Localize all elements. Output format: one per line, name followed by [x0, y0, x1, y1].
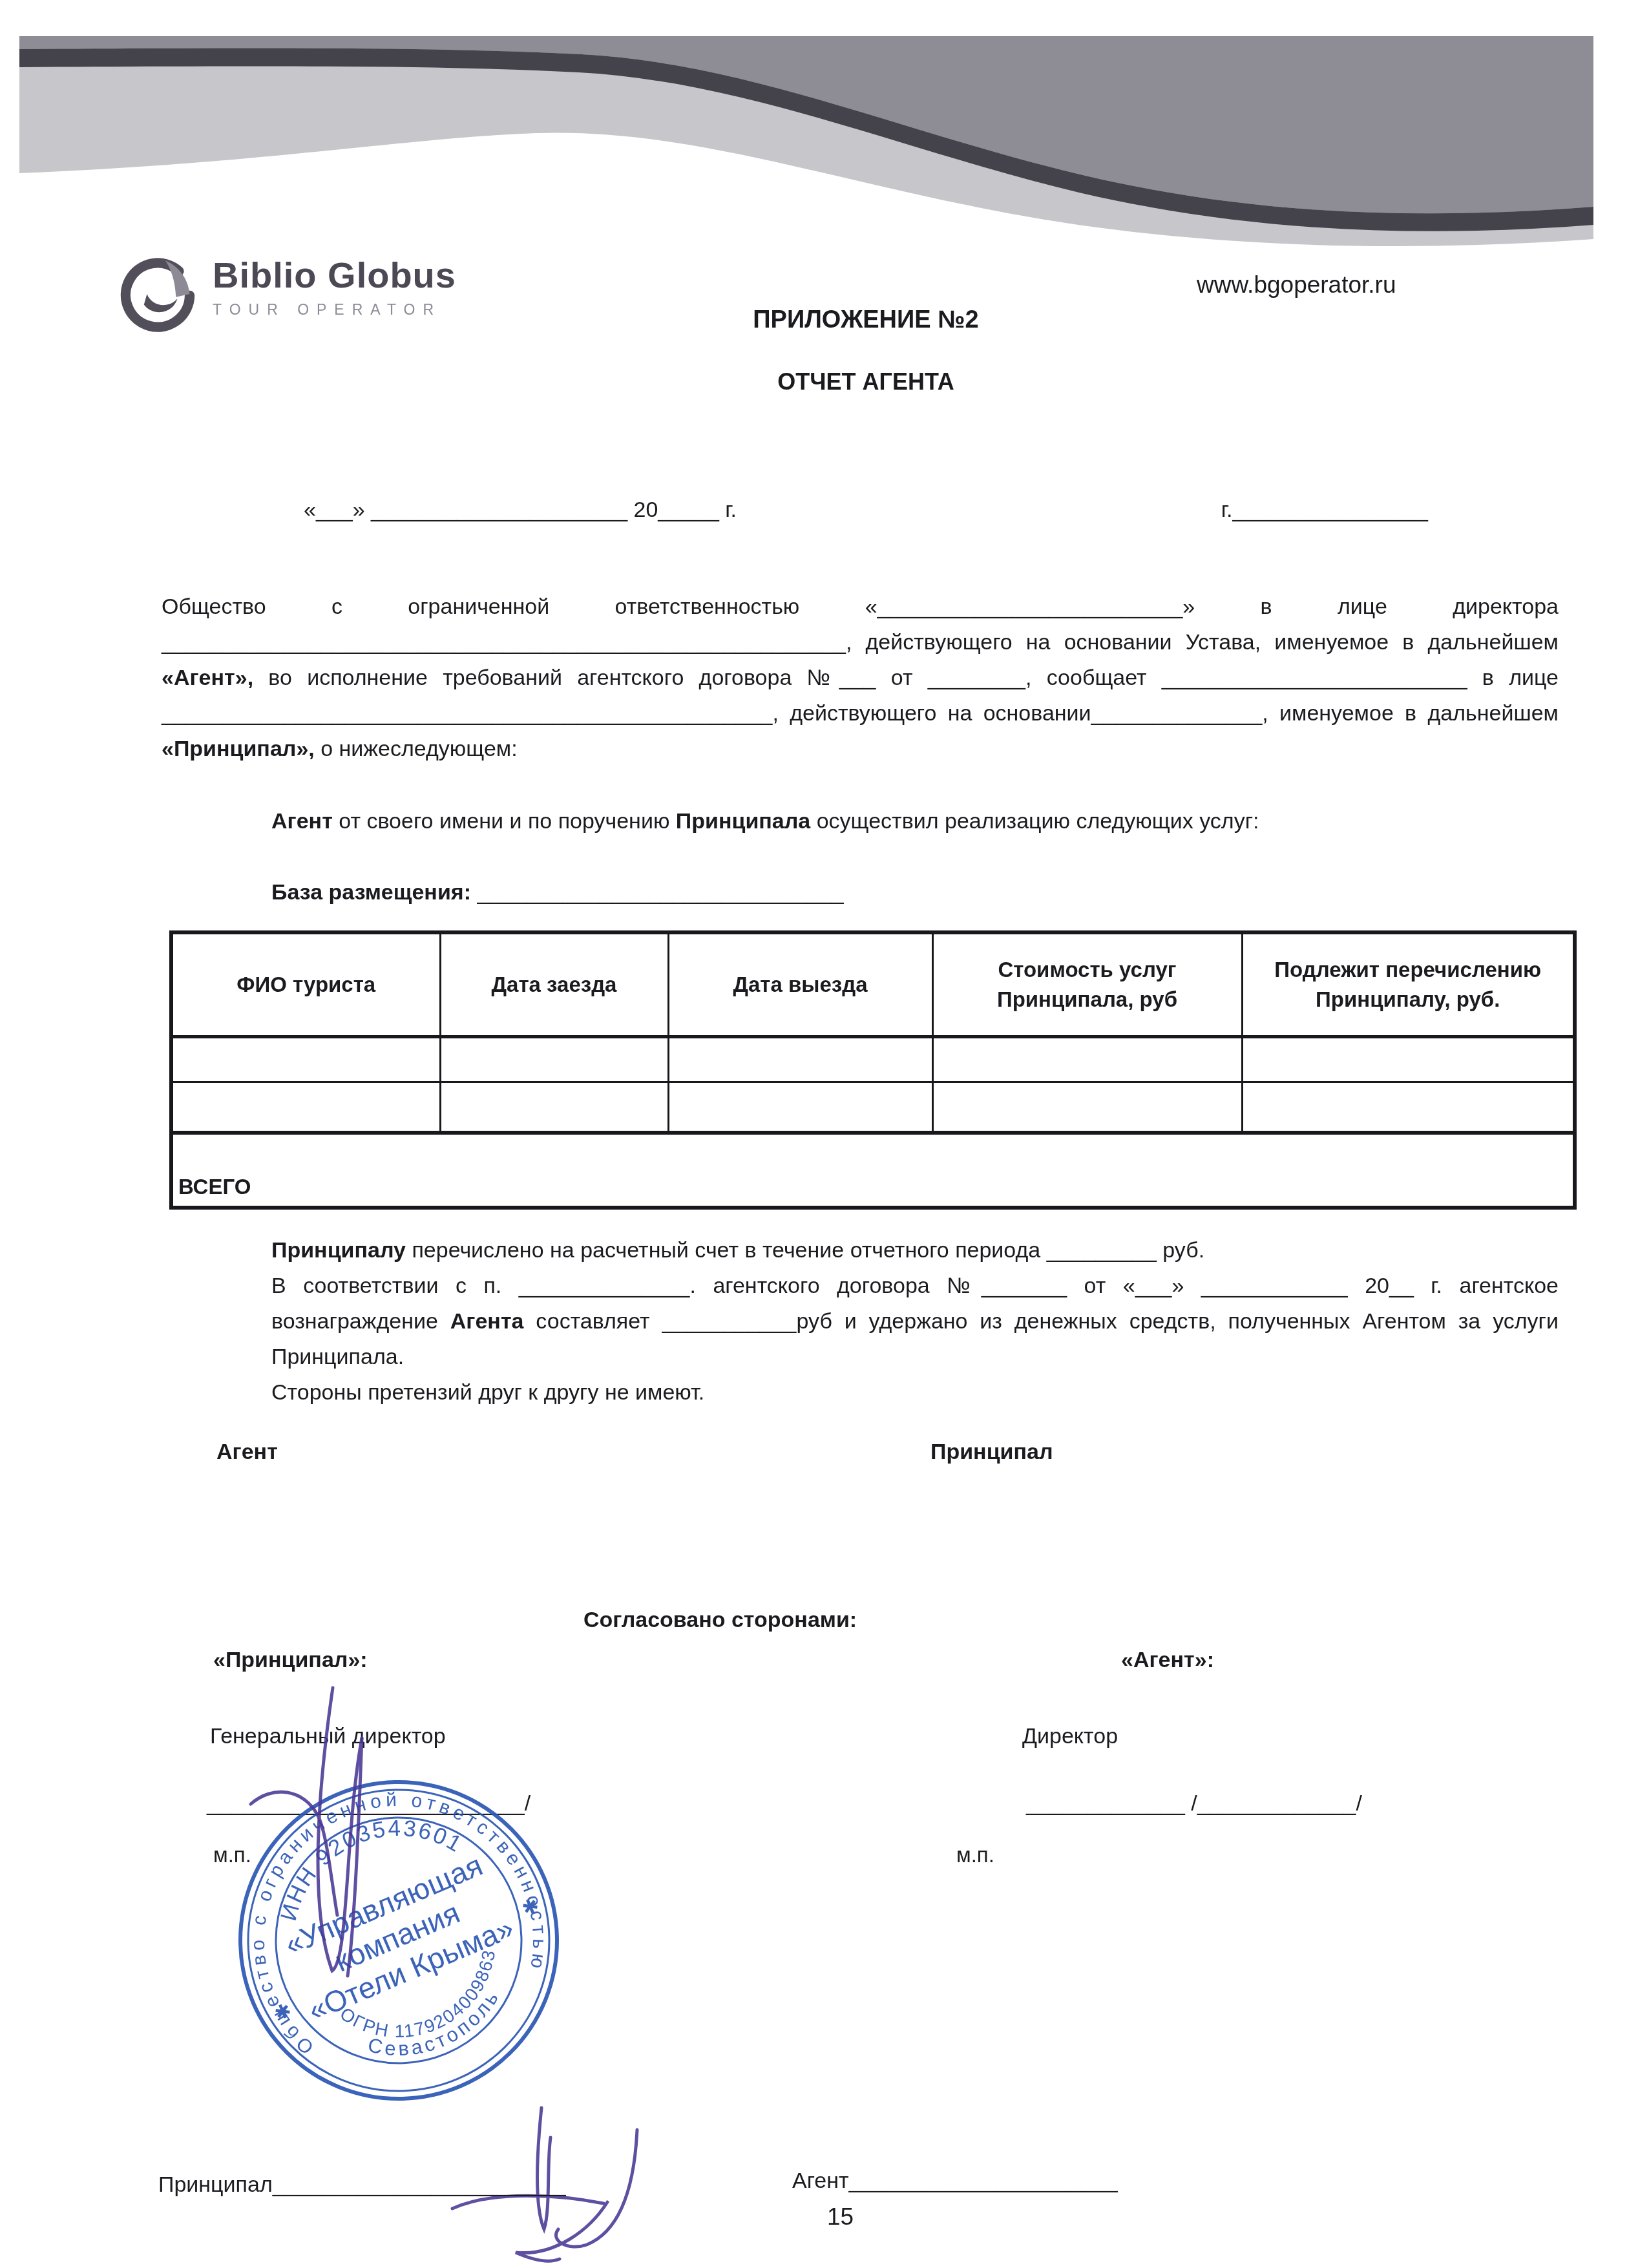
agent-party-label: «Агент»:: [1121, 1648, 1214, 1673]
city-blank-right: г.________________: [1221, 498, 1428, 523]
accommodation-blank: ______________________________: [477, 880, 843, 905]
logo-tagline: TOUR OPERATOR: [213, 301, 456, 319]
agent-signer-label: Агент: [216, 1440, 278, 1465]
general-director-title: Генеральный директор: [210, 1724, 446, 1749]
logo-text: Biblio Globus TOUR OPERATOR: [213, 256, 456, 319]
settlement-paragraph: Принципалу перечислено на расчетный счет…: [271, 1233, 1559, 1411]
biblio-globus-logo-icon: [120, 256, 196, 332]
page-number: 15: [827, 2203, 854, 2231]
agent-term: «Агент»,: [162, 666, 253, 690]
footer-agent-blank: ______________________: [849, 2168, 1118, 2193]
settlement-line-3: вознаграждение Агента составляет _______…: [271, 1304, 1559, 1339]
document-title: ОТЧЕТ АГЕНТА: [659, 368, 1073, 395]
intro-line-5: «Принципал», о нижеследующем:: [162, 731, 1559, 767]
settlement-line-4: Принципала.: [271, 1339, 1559, 1375]
date-line: «___» _____________________ 20_____ г. г…: [304, 498, 1428, 523]
services-sentence: Агент от своего имени и по поручению При…: [271, 809, 1259, 834]
header-wave-graphic: [0, 0, 1649, 258]
table-row: [171, 1082, 1575, 1133]
company-logo: Biblio Globus TOUR OPERATOR: [120, 256, 456, 332]
total-label: ВСЕГО: [171, 1133, 1575, 1208]
settlement-line-1: Принципалу перечислено на расчетный счет…: [271, 1233, 1559, 1268]
agent-signature-line: _____________ /_____________/: [1026, 1791, 1362, 1816]
director-title: Директор: [1022, 1724, 1118, 1749]
scanned-agent-report-page: Biblio Globus TOUR OPERATOR www.bgoperat…: [0, 0, 1649, 2268]
agreed-by-parties-title: Согласовано сторонами:: [583, 1608, 857, 1633]
col-transfer-amount: Подлежит перечислению Принципалу, руб.: [1242, 932, 1575, 1037]
appendix-title: ПРИЛОЖЕНИЕ №2: [659, 306, 1073, 334]
company-round-stamp: Общество с ограниченной ответственностью…: [224, 1766, 573, 2115]
services-table: ФИО туриста Дата заезда Дата выезда Стои…: [169, 930, 1577, 1210]
intro-line-3: «Агент», во исполнение требований агентс…: [162, 660, 1559, 696]
intro-line-1: Общество с ограниченной ответственностью…: [162, 589, 1559, 625]
settlement-line-5: Стороны претензий друг к другу не имеют.: [271, 1375, 1559, 1411]
col-checkout-date: Дата выезда: [668, 932, 932, 1037]
footer-agent-line: Агент______________________: [792, 2168, 1118, 2194]
accommodation-label: База размещения:: [271, 880, 477, 905]
intro-paragraph: Общество с ограниченной ответственностью…: [162, 589, 1559, 767]
col-service-cost: Стоимость услуг Принципала, руб: [932, 932, 1242, 1037]
intro-line-2: ________________________________________…: [162, 625, 1559, 660]
principal-signer-label: Принципал: [930, 1440, 1053, 1465]
accommodation-base-line: База размещения: _______________________…: [271, 880, 844, 905]
col-checkin-date: Дата заезда: [440, 932, 668, 1037]
settlement-line-2: В соответствии с п. ______________. аген…: [271, 1268, 1559, 1304]
table-row: [171, 1037, 1575, 1082]
website-url: www.bgoperator.ru: [1197, 271, 1396, 299]
table-header-row: ФИО туриста Дата заезда Дата выезда Стои…: [171, 932, 1575, 1037]
logo-brand-name: Biblio Globus: [213, 256, 456, 295]
footer-principal-line: Принципал________________________: [158, 2172, 566, 2198]
col-tourist-name: ФИО туриста: [171, 932, 440, 1037]
principal-term: «Принципал»,: [162, 737, 315, 761]
intro-line-4: ________________________________________…: [162, 696, 1559, 731]
date-blank-left: «___» _____________________ 20_____ г.: [304, 498, 737, 523]
footer-principal-blank: ________________________: [273, 2172, 566, 2197]
principal-party-label: «Принципал»:: [213, 1648, 368, 1673]
seal-place-right: м.п.: [956, 1843, 994, 1867]
table-total-row: ВСЕГО: [171, 1133, 1575, 1208]
